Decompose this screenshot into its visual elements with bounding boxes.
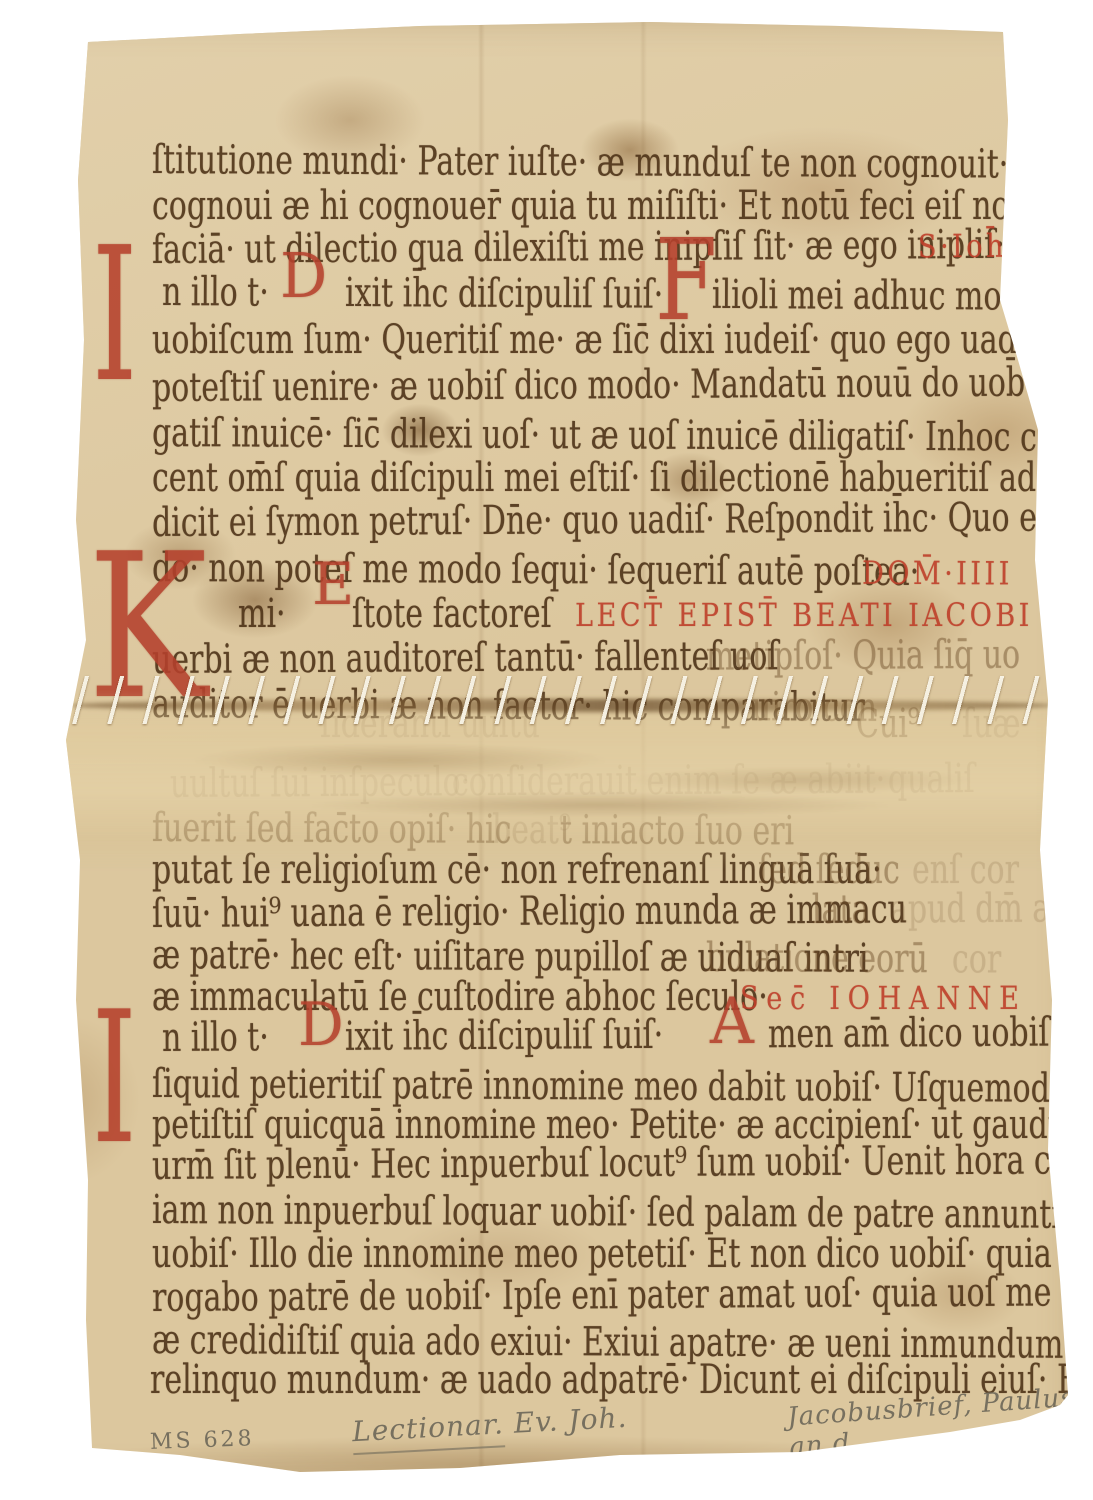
text-run: cor	[952, 937, 1001, 981]
illuminated-initial: D	[298, 1002, 344, 1049]
text-run: cent om̄ſ quia diſcipuli mei eſtiſ· ſi d…	[152, 456, 1093, 500]
rubric-text: LECT̄ EPIST̄ BEATI IACOBI	[575, 598, 1033, 633]
text-run: dicit ei ſymon petruſ· Dn̄e· quo uadiſ· …	[152, 495, 1093, 545]
text-run: ſuū· hui⁹ uana ē religio· Religio munda …	[152, 887, 907, 936]
illuminated-initial: E	[312, 562, 354, 607]
text-run: uerbi æ non auditoreſ tantū· fallenteſ u…	[152, 634, 779, 682]
illuminated-initial: I	[92, 1008, 137, 1150]
text-run: ſed ſeduc	[758, 848, 900, 892]
text-layer: ſtitutione mundi· Pater iuſte· æ munduſ …	[0, 0, 1093, 1500]
rubric-text: S·Ioh̄	[918, 229, 1007, 265]
text-run: uultuſ ſui inſpeculo·	[170, 760, 470, 806]
text-run: fuerit ſed fac̄to opiſ· hic	[152, 806, 512, 852]
text-run: poteſtiſ uenire· æ uobiſ dico modo· Mand…	[152, 360, 1093, 410]
text-run: ſtote factoreſ	[352, 592, 552, 636]
pencil-note-underlined-word: Lectionar.	[351, 1407, 505, 1455]
illuminated-initial: D	[280, 252, 327, 300]
text-run: ixit ih̄c diſcipuliſ ſuiſ·	[345, 1013, 664, 1059]
pencil-note-center-rest: Ev. Joh.	[503, 1401, 628, 1440]
repair-seam-stitching	[58, 676, 1050, 724]
text-run: n illo t·	[162, 1015, 269, 1060]
text-run: ſtitutione mundi· Pater iuſte· æ munduſ …	[152, 138, 1093, 187]
text-run: conſiderauit enim ſe æ abiit·	[452, 758, 885, 805]
text-run: iam non inpuerbuſ loquar uobiſ· ſed pala…	[152, 1188, 1093, 1237]
text-run: men am̄ dico uobiſ	[768, 1011, 1050, 1057]
text-run: uobiſcum ſum· Queritiſ me· æ ſic̄ dixi i…	[152, 318, 1093, 362]
parchment-leaf: ſtitutione mundi· Pater iuſte· æ munduſ …	[0, 0, 1093, 1500]
collection-stamp: UN	[0, 0, 65, 58]
text-run: mi·	[238, 592, 286, 636]
illuminated-initial: A	[710, 998, 754, 1048]
illuminated-initial: F	[655, 238, 717, 325]
text-run: apud dm̄ æ	[890, 886, 1061, 931]
shelfmark-pencil-note: MS 628	[150, 1426, 255, 1455]
pencil-note-right-line2: Epheser	[899, 1439, 1018, 1483]
text-run: ixit ih̄c diſcipuliſ ſuiſ·	[345, 271, 663, 317]
text-run: lata	[812, 888, 870, 932]
text-run: metipſoſ· Quia ſiq̄ uo	[706, 633, 1020, 679]
illuminated-initial: I	[92, 243, 137, 387]
text-run: urm̄ ſit plenū· Hec inpuerbuſ locut⁹ ſum…	[152, 1138, 1070, 1188]
text-run: qualiſ	[888, 757, 975, 802]
photograph-background: ſtitutione mundi· Pater iuſte· æ munduſ …	[0, 0, 1093, 1500]
stamp-monogram: UN	[8, 10, 55, 45]
text-run: ilioli mei adhuc modico	[712, 273, 1065, 319]
rubric-text: DOM̄·IIII	[862, 556, 1013, 592]
text-run: rogabo patrē de uobiſ· Ipſe enī pater am…	[152, 1270, 1093, 1320]
text-run: do· non poteſ me modo ſequi· ſequeriſ au…	[152, 546, 919, 594]
text-run: n illo t·	[162, 270, 269, 315]
text-run: gatiſ inuicē· ſic̄ dilexi uoſ· ut æ uoſ …	[152, 411, 1093, 460]
